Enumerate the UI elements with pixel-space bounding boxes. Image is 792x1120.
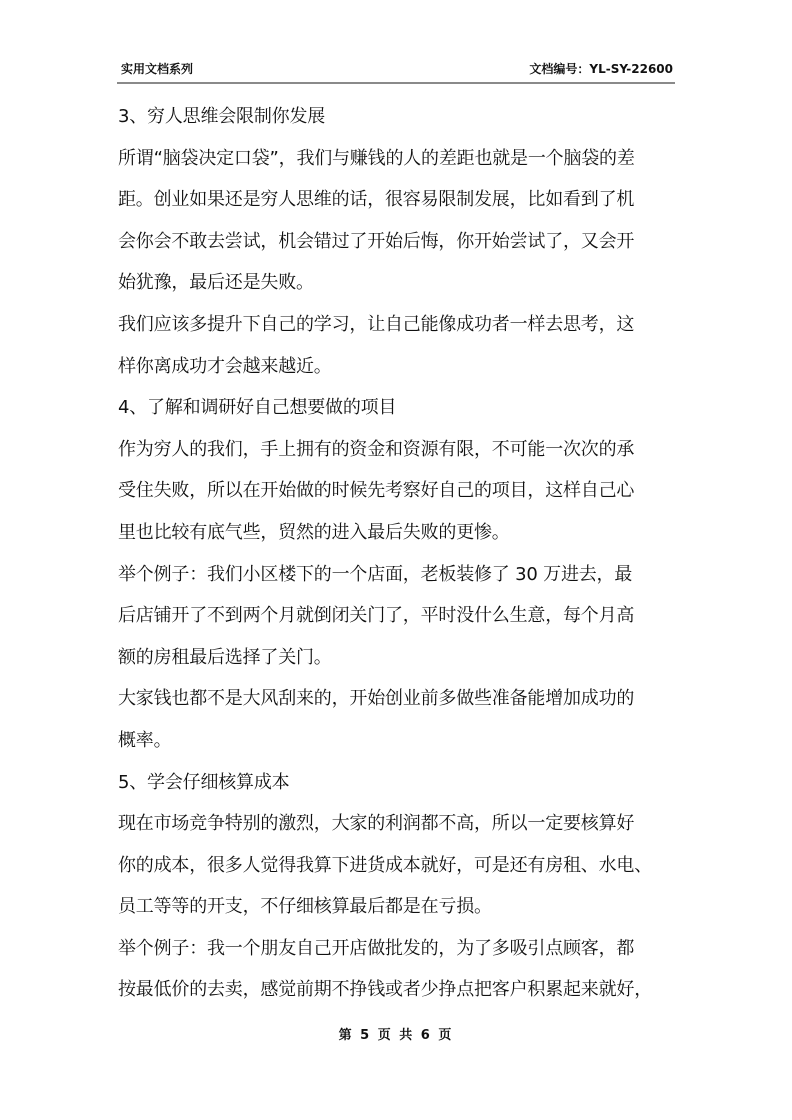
paragraph-line: 概率。 (118, 723, 678, 765)
paragraph-line: 我们应该多提升下自己的学习，让自己能像成功者一样去思考，这 (118, 307, 678, 349)
paragraph-line: 员工等等的开支，不仔细核算最后都是在亏损。 (118, 889, 678, 931)
paragraph-line: 会你会不敢去尝试，机会错过了开始后悔，你开始尝试了，又会开 (118, 224, 678, 266)
paragraph-line: 受住失败，所以在开始做的时候先考察好自己的项目，这样自己心 (118, 473, 678, 515)
section-heading: 5、学会仔细核算成本 (118, 765, 678, 807)
paragraph-line: 举个例子：我们小区楼下的一个店面，老板装修了 30 万进去，最 (118, 557, 678, 599)
document-number: 文档编号：YL-SY-22600 (529, 60, 673, 77)
section-heading: 3、穷人思维会限制你发展 (118, 99, 678, 141)
section-heading: 4、了解和调研好自己想要做的项目 (118, 390, 678, 432)
paragraph-line: 现在市场竞争特别的激烈，大家的利润都不高，所以一定要核算好 (118, 806, 678, 848)
paragraph-line: 大家钱也都不是大风刮来的，开始创业前多做些准备能增加成功的 (118, 681, 678, 723)
paragraph-line: 举个例子：我一个朋友自己开店做批发的，为了多吸引点顾客，都 (118, 931, 678, 973)
document-body: 3、穷人思维会限制你发展 所谓“脑袋决定口袋”，我们与赚钱的人的差距也就是一个脑… (118, 99, 678, 1014)
paragraph-line: 距。创业如果还是穷人思维的话，很容易限制发展，比如看到了机 (118, 182, 678, 224)
paragraph-line: 后店铺开了不到两个月就倒闭关门了，平时没什么生意，每个月高 (118, 598, 678, 640)
paragraph-line: 按最低价的去卖，感觉前期不挣钱或者少挣点把客户积累起来就好， (118, 972, 678, 1014)
paragraph-line: 你的成本，很多人觉得我算下进货成本就好，可是还有房租、水电、 (118, 848, 678, 890)
paragraph-line: 作为穷人的我们，手上拥有的资金和资源有限，不可能一次次的承 (118, 432, 678, 474)
document-series-label: 实用文档系列 (121, 60, 193, 77)
paragraph-line: 样你离成功才会越来越近。 (118, 349, 678, 391)
page-header: 实用文档系列 文档编号：YL-SY-22600 (117, 58, 675, 84)
paragraph-line: 始犹豫，最后还是失败。 (118, 265, 678, 307)
paragraph-line: 里也比较有底气些，贸然的进入最后失败的更惨。 (118, 515, 678, 557)
paragraph-line: 所谓“脑袋决定口袋”，我们与赚钱的人的差距也就是一个脑袋的差 (118, 141, 678, 183)
page-number: 第 5 页 共 6 页 (0, 1024, 792, 1043)
paragraph-line: 额的房租最后选择了关门。 (118, 640, 678, 682)
